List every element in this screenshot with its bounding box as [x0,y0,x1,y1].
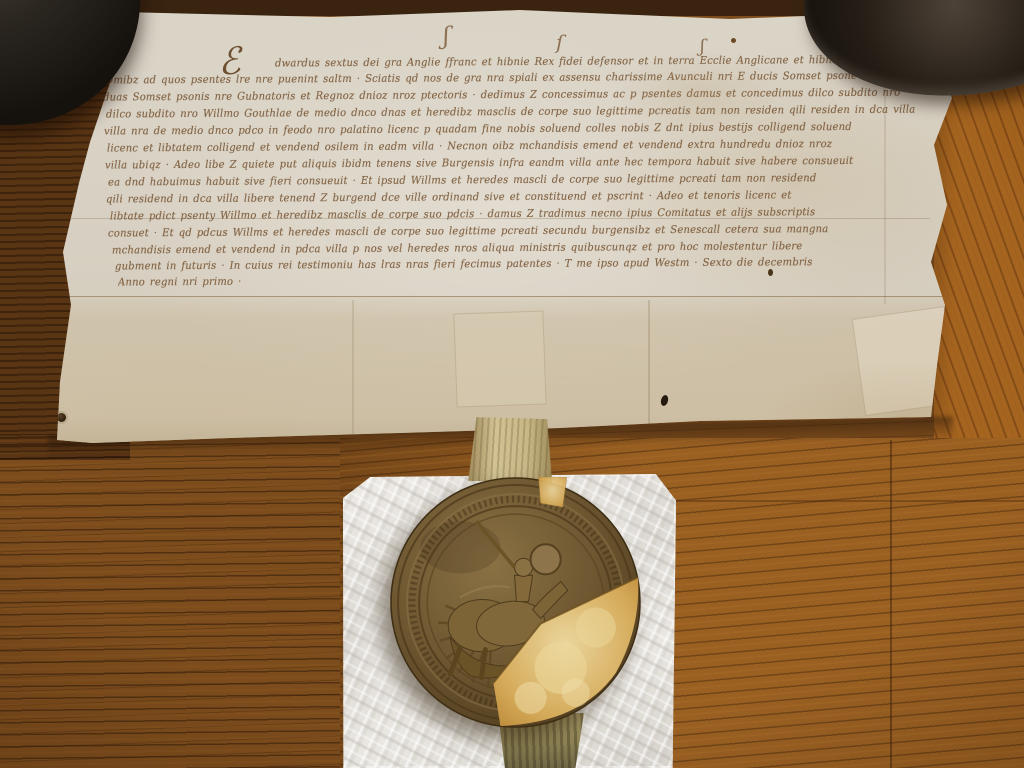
ascender-flourish: ʃ [443,22,450,50]
manuscript-line: duas Somset psonis nre Gubnatoris et Reg… [103,87,935,108]
manuscript-line: libtate pdict psenty Willmo et heredibz … [110,206,934,227]
photo-scene: ℰ ʃ ſ ʃ dwardus sextus dei gra Anglie ff… [0,0,1024,768]
ascender-flourish: ſ [556,30,563,54]
seal-tag-upper [468,417,554,483]
manuscript-line: dilco subdito nro Willmo Gouthlae de med… [106,104,934,125]
ink-speck [660,394,670,406]
manuscript-line: licenc et libtatem colligend et vendend … [107,138,934,159]
wood-plank-seam-vertical [890,440,892,768]
illuminated-initial: ℰ [217,39,242,83]
tag-slit-patch [453,310,546,407]
wax-seal [390,477,641,728]
manuscript-line: villa nra de medio dnco pdco in feodo nr… [104,121,934,142]
crease-line [648,300,650,440]
manuscript-line: Anno regni nri primo · [118,275,418,293]
ascender-flourish: ʃ [700,36,705,57]
wood-plank-seam-horizontal [672,500,1024,502]
manuscript-line: consuet · Et qd pdcus Willms et heredes … [108,223,934,244]
manuscript-line: villa ubiqz · Adeo libe Z quiete put ali… [105,155,933,176]
parchment-hole [57,413,66,422]
manuscript-line: qili residend in dca villa libere tenend… [106,189,934,210]
manuscript-line: ea dnd habuimus habuit sive fieri consue… [108,172,934,193]
crease-line [60,218,930,219]
manuscript-line: mchandisis emend et vendend in pdca vill… [112,240,934,261]
ink-speck [768,269,773,276]
manuscript-line: gubment in futuris · In cuius rei testim… [115,256,855,276]
crease-line [352,300,354,440]
manuscript-line: Omibz ad quos psentes lre nre puenint sa… [105,70,935,91]
ink-speck [731,38,736,43]
